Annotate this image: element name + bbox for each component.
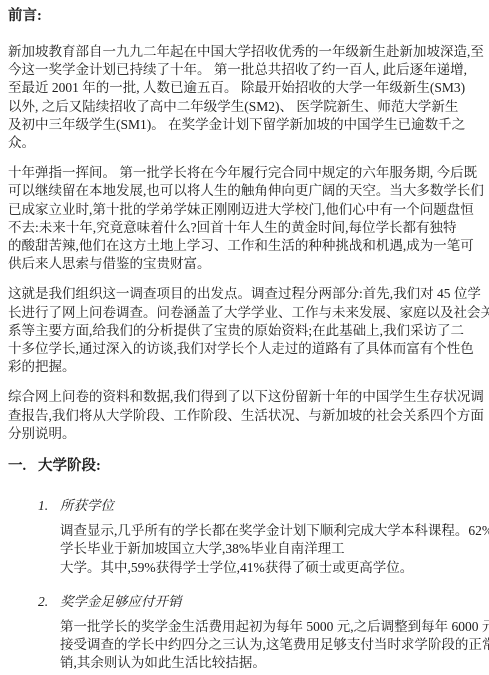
text-line: 系等主要方面,给我们的分析提供了宝贵的原始资料;在此基础上,我们采访了二: [8, 322, 481, 340]
text-line: 以外, 之后又陆续招收了高中二年级学生(SM2)、 医学院新生、师范大学新生: [8, 98, 481, 116]
text-line: 及初中三年级学生(SM1)。 在奖学金计划下留学新加坡的中国学生已逾数千之: [8, 116, 481, 134]
text-line: 彩的把握。: [8, 358, 481, 376]
list-item-heading: 2.奖学金足够应付开销: [8, 593, 481, 611]
text-line: 供后来人思索与借鉴的宝贵财富。: [8, 255, 481, 273]
text-line: 接受调查的学长中约四分之三认为,这笔费用足够支付当时求学阶段的正常开: [60, 636, 481, 654]
list-item-title: 所获学位: [60, 498, 114, 513]
text-line: 销,其余则认为如此生活比较拮据。: [60, 654, 481, 672]
text-line: 这就是我们组织这一调查项目的出发点。调查过程分两部分:首先,我们对 45 位学: [8, 285, 481, 303]
list-item-body: 调查显示,几乎所有的学长都在奖学金计划下顺利完成大学本科课程。62%的学长毕业于…: [60, 522, 481, 577]
text-line: 十年弹指一挥间。 第一批学长将在今年履行完合同中规定的六年服务期, 今后既: [8, 164, 481, 182]
paragraph: 综合网上问卷的资料和数据,我们得到了以下这份留新十年的中国学生生存状况调查报告,…: [8, 388, 481, 443]
text-line: 不去:未来十年,究竟意味着什么?回首十年人生的黄金时间,每位学长都有独特: [8, 219, 481, 237]
section-heading: 一.大学阶段:: [8, 458, 481, 475]
list-item-body: 第一批学长的奖学金生活费用起初为每年 5000 元,之后调整到每年 6000 元…: [60, 618, 481, 673]
text-line: 新加坡教育部自一九九二年起在中国大学招收优秀的一年级新生赴新加坡深造,至: [8, 43, 481, 61]
text-line: 分别说明。: [8, 425, 481, 443]
text-line: 查报告,我们将从大学阶段、工作阶段、生活状况、与新加坡的社会关系四个方面: [8, 407, 481, 425]
text-line: 十多位学长,通过深入的访谈,我们对学长个人走过的道路有了具体而富有个性色: [8, 340, 481, 358]
list-item-heading: 1.所获学位: [8, 497, 481, 515]
text-line: 第一批学长的奖学金生活费用起初为每年 5000 元,之后调整到每年 6000 元…: [60, 618, 481, 636]
paragraph: 这就是我们组织这一调查项目的出发点。调查过程分两部分:首先,我们对 45 位学长…: [8, 285, 481, 376]
text-line: 众。: [8, 134, 481, 152]
text-line: 今这一奖学金计划已持续了十年。 第一批总共招收了约一百人, 此后逐年递增,: [8, 61, 481, 79]
list-item-number: 1.: [38, 497, 60, 515]
text-line: 学长毕业于新加坡国立大学,38%毕业自南洋理工: [60, 540, 481, 558]
document-page: 前言: 新加坡教育部自一九九二年起在中国大学招收优秀的一年级新生赴新加坡深造,至…: [0, 0, 489, 675]
list-item: 1.所获学位 调查显示,几乎所有的学长都在奖学金计划下顺利完成大学本科课程。62…: [8, 497, 481, 577]
list-item: 2.奖学金足够应付开销 第一批学长的奖学金生活费用起初为每年 5000 元,之后…: [8, 593, 481, 673]
text-line: 调查显示,几乎所有的学长都在奖学金计划下顺利完成大学本科课程。62%的: [60, 522, 481, 540]
text-line: 已成家立业时,第十批的学弟学妹正刚刚迈进大学校门,他们心中有一个问题盘恒: [8, 201, 481, 219]
text-line: 可以继续留在本地发展,也可以将人生的触角伸向更广阔的天空。当大多数学长们: [8, 182, 481, 200]
list-item-number: 2.: [38, 593, 60, 611]
text-line: 的酸甜苦辣,他们在这方土地上学习、工作和生活的种种挑战和机遇,成为一笔可: [8, 237, 481, 255]
list-item-title: 奖学金足够应付开销: [60, 594, 182, 609]
preface-paragraphs: 新加坡教育部自一九九二年起在中国大学招收优秀的一年级新生赴新加坡深造,至今这一奖…: [8, 43, 481, 443]
preface-heading: 前言:: [8, 8, 481, 25]
section-heading-title: 大学阶段:: [38, 458, 101, 474]
text-line: 至最近 2001 年的一批, 人数已逾五百。 除最开始招收的大学一年级新生(SM…: [8, 79, 481, 97]
section-heading-number: 一.: [8, 458, 38, 475]
paragraph: 新加坡教育部自一九九二年起在中国大学招收优秀的一年级新生赴新加坡深造,至今这一奖…: [8, 43, 481, 152]
paragraph: 十年弹指一挥间。 第一批学长将在今年履行完合同中规定的六年服务期, 今后既可以继…: [8, 164, 481, 273]
section-item-list: 1.所获学位 调查显示,几乎所有的学长都在奖学金计划下顺利完成大学本科课程。62…: [8, 497, 481, 673]
text-line: 大学。其中,59%获得学士学位,41%获得了硕士或更高学位。: [60, 559, 481, 577]
text-line: 综合网上问卷的资料和数据,我们得到了以下这份留新十年的中国学生生存状况调: [8, 388, 481, 406]
text-line: 长进行了网上问卷调查。问卷涵盖了大学学业、工作与未来发展、家庭以及社会关: [8, 304, 481, 322]
